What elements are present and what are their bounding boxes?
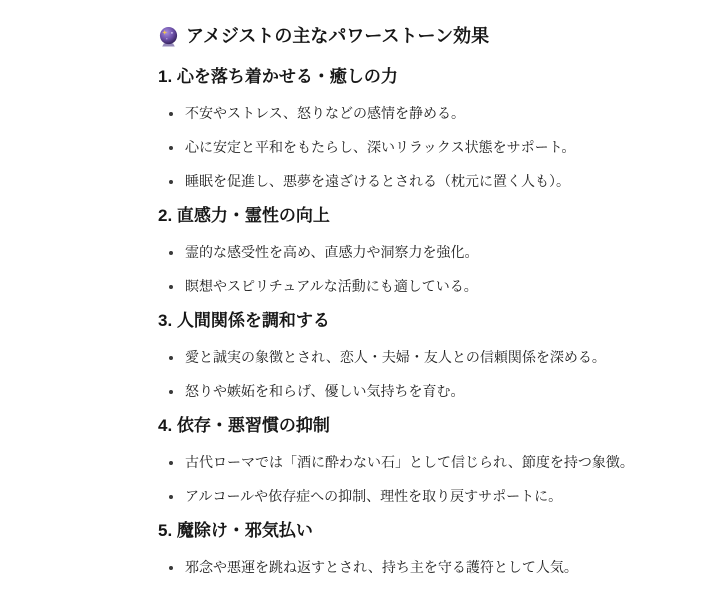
list-item: 怒りや嫉妬を和らげ、優しい気持ちを育む。 <box>158 382 628 401</box>
list-item: 心に安定と平和をもたらし、深いリラックス状態をサポート。 <box>158 138 628 157</box>
section-heading: 3. 人間関係を調和する <box>158 311 628 330</box>
section-calming: 1. 心を落ち着かせる・癒しの力 不安やストレス、怒りなどの感情を静める。 心に… <box>158 67 628 191</box>
list-item: 霊的な感受性を高め、直感力や洞察力を強化。 <box>158 243 628 262</box>
list-item: 古代ローマでは「酒に酔わない石」として信じられ、節度を持つ象徴。 <box>158 453 628 472</box>
list-item: 瞑想やスピリチュアルな活動にも適している。 <box>158 277 628 296</box>
list-item: 愛と誠実の象徴とされ、恋人・夫婦・友人との信頼関係を深める。 <box>158 348 628 367</box>
section-heading: 4. 依存・悪習慣の抑制 <box>158 416 628 435</box>
document-page: アメジストの主なパワーストーン効果 1. 心を落ち着かせる・癒しの力 不安やスト… <box>0 0 710 611</box>
section-protection: 5. 魔除け・邪気払い 邪念や悪運を跳ね返すとされ、持ち主を守る護符として人気。 <box>158 521 628 577</box>
section-relationships: 3. 人間関係を調和する 愛と誠実の象徴とされ、恋人・夫婦・友人との信頼関係を深… <box>158 311 628 401</box>
crystal-ball-icon <box>158 26 179 47</box>
list-item: 不安やストレス、怒りなどの感情を静める。 <box>158 104 628 123</box>
section-heading: 1. 心を落ち着かせる・癒しの力 <box>158 67 628 86</box>
bullet-list: 邪念や悪運を跳ね返すとされ、持ち主を守る護符として人気。 <box>158 558 628 577</box>
section-addiction: 4. 依存・悪習慣の抑制 古代ローマでは「酒に酔わない石」として信じられ、節度を… <box>158 416 628 506</box>
section-heading: 2. 直感力・霊性の向上 <box>158 206 628 225</box>
list-item: アルコールや依存症への抑制、理性を取り戻すサポートに。 <box>158 487 628 506</box>
bullet-list: 愛と誠実の象徴とされ、恋人・夫婦・友人との信頼関係を深める。 怒りや嫉妬を和らげ… <box>158 348 628 401</box>
section-heading: 5. 魔除け・邪気払い <box>158 521 628 540</box>
bullet-list: 霊的な感受性を高め、直感力や洞察力を強化。 瞑想やスピリチュアルな活動にも適して… <box>158 243 628 296</box>
list-item: 邪念や悪運を跳ね返すとされ、持ち主を守る護符として人気。 <box>158 558 628 577</box>
bullet-list: 不安やストレス、怒りなどの感情を静める。 心に安定と平和をもたらし、深いリラック… <box>158 104 628 191</box>
section-intuition: 2. 直感力・霊性の向上 霊的な感受性を高め、直感力や洞察力を強化。 瞑想やスピ… <box>158 206 628 296</box>
list-item: 睡眠を促進し、悪夢を遠ざけるとされる（枕元に置く人も）。 <box>158 172 628 191</box>
page-title-text: アメジストの主なパワーストーン効果 <box>186 25 489 47</box>
page-title: アメジストの主なパワーストーン効果 <box>158 25 628 47</box>
document-content: アメジストの主なパワーストーン効果 1. 心を落ち着かせる・癒しの力 不安やスト… <box>158 25 628 592</box>
bullet-list: 古代ローマでは「酒に酔わない石」として信じられ、節度を持つ象徴。 アルコールや依… <box>158 453 628 506</box>
